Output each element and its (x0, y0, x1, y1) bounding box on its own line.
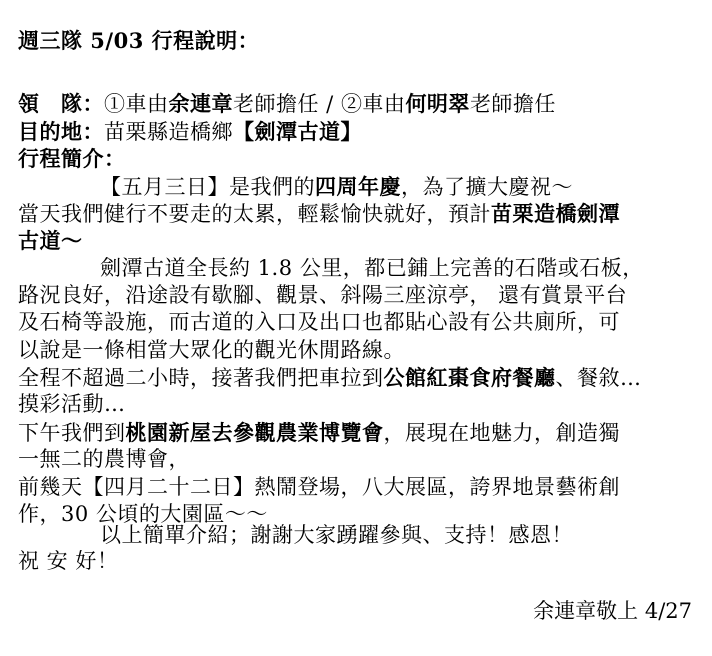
paragraph-line: 前幾天【四月二十二日】熱鬧登場，八大展區，誇界地景藝術創 (18, 474, 620, 501)
paragraph-line: 劍潭古道全長約 1.8 公里，都已鋪上完善的石階或石板， (18, 255, 644, 282)
car1-prefix: ①車由 (104, 92, 169, 116)
leaders-line: 領 隊：①車由余連章老師擔任 / ②車由何明翠老師擔任 (18, 90, 556, 118)
paragraph-line: 及石椅等設施，而古道的入口及出口也都貼心設有公共廁所，可 (18, 309, 620, 336)
destination-line: 目的地：苗栗縣造橋鄉【劍潭古道】 (18, 118, 362, 146)
destination-place: 苗栗縣造橋鄉 (104, 120, 233, 144)
car1-leader: 余連章 (169, 91, 234, 116)
paragraph-line: 摸彩活動… (18, 391, 126, 418)
paragraph-line: 以上簡單介紹；謝謝大家踴躍參與、支持！感恩！ (18, 522, 573, 549)
car2-leader: 何明翠 (405, 91, 470, 116)
paragraph-line: 當天我們健行不要走的太累，輕鬆愉快就好，預計苗栗造橋劍潭 (18, 200, 620, 228)
text: 全程不超過二小時，接著我們把車拉到 (18, 366, 384, 390)
text: 當天我們健行不要走的太累，輕鬆愉快就好，預計 (18, 202, 491, 226)
text: 【五月三日】是我們的 (100, 175, 315, 199)
paragraph-line: 下午我們到桃園新屋去參觀農業博覽會，展現在地魅力，創造獨 (18, 419, 620, 447)
text: ，展現在地魅力，創造獨 (384, 421, 621, 445)
expo-name: 桃園新屋去參觀農業博覽會 (126, 420, 384, 445)
trail-name: 苗栗造橋劍潭 (491, 201, 620, 226)
car2-prefix: ②車由 (341, 92, 406, 116)
car2-suffix: 老師擔任 (470, 92, 556, 116)
leaders-label: 領 隊： (18, 91, 104, 116)
signature: 余連章敬上 4/27 (533, 598, 692, 625)
anniversary: 四周年慶 (315, 174, 401, 199)
destination-site: 【劍潭古道】 (233, 119, 362, 144)
destination-label: 目的地： (18, 119, 104, 144)
text: 下午我們到 (18, 421, 126, 445)
closing-line: 祝 安 好！ (18, 548, 118, 575)
paragraph-line: 以說是一條相當大眾化的觀光休閒路線。 (18, 337, 405, 364)
document-title: 週三隊 5/03 行程說明： (18, 27, 259, 54)
paragraph-line: 一無二的農博會， (18, 446, 190, 473)
text: ，為了擴大慶祝～ (401, 175, 573, 199)
car1-suffix: 老師擔任 / (233, 92, 341, 116)
paragraph-line: 【五月三日】是我們的四周年慶，為了擴大慶祝～ (18, 173, 573, 201)
paragraph-line: 古道～ (18, 227, 83, 254)
restaurant: 公館紅棗食府餐廳 (384, 365, 556, 390)
intro-label: 行程簡介： (18, 145, 126, 172)
text: 、餐敘… (556, 366, 642, 390)
paragraph-line: 路況良好，沿途設有歇腳、觀景、斜陽三座涼亭， 還有賞景平台 (18, 282, 627, 309)
paragraph-line: 全程不超過二小時，接著我們把車拉到公館紅棗食府餐廳、餐敘… (18, 364, 642, 392)
